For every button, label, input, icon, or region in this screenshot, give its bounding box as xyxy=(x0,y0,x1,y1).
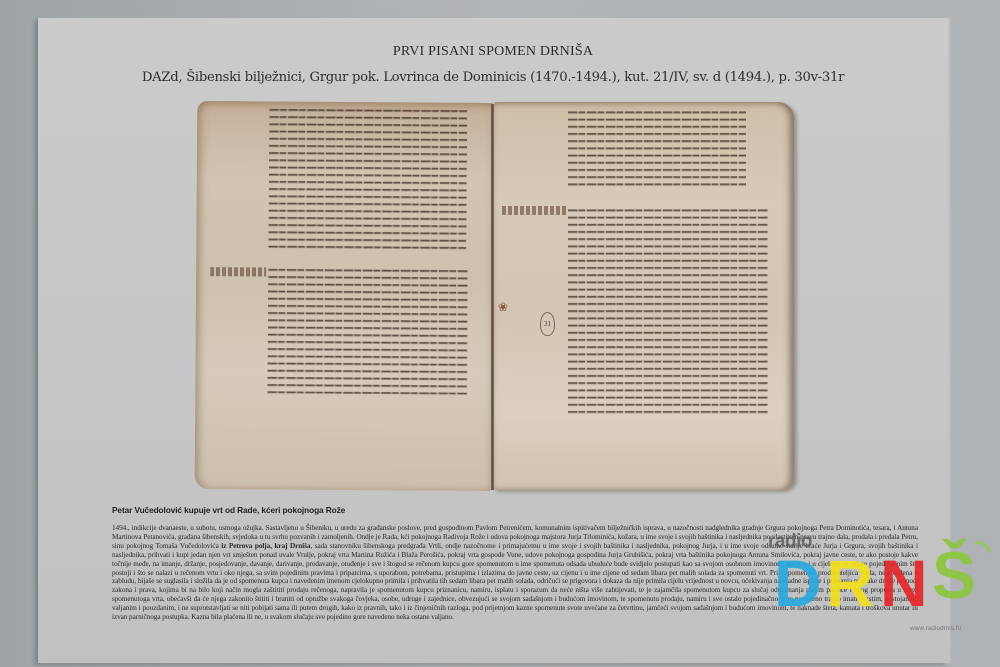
handwriting-block xyxy=(568,110,746,186)
handwriting-block xyxy=(267,267,468,394)
knot-mark-icon: ❀ xyxy=(498,300,508,314)
handwriting-block xyxy=(268,107,467,250)
folio-number: 31 xyxy=(540,312,555,336)
handwriting-block xyxy=(568,208,768,414)
caption-heading: Petar Vučedolović kupuje vrt od Rade, kć… xyxy=(112,505,345,515)
manuscript-page-left xyxy=(195,101,494,491)
board-title: PRVI PISANI SPOMEN DRNIŠA xyxy=(38,44,948,60)
archive-reference: DAZd, Šibenski bilježnici, Grgur pok. Lo… xyxy=(38,70,948,85)
margin-note xyxy=(502,206,566,215)
logo-url: www.radiodrnis.hr xyxy=(910,625,962,632)
exhibition-board: PRVI PISANI SPOMEN DRNIŠA DAZd, Šibenski… xyxy=(38,18,948,663)
signal-icon xyxy=(975,539,991,555)
translation-text-part: , sada stanovniku šibenskoga predgrađa V… xyxy=(112,542,918,621)
manuscript-photo: ❀ 31 xyxy=(196,102,796,494)
translation-text: 1494., indikcije dvanaeste, u subotu, os… xyxy=(112,524,918,622)
manuscript-page-right xyxy=(494,102,794,490)
margin-note xyxy=(210,267,266,276)
logo-letter-s: Š xyxy=(932,542,976,608)
highlighted-place: iz Petrova polja, kraj Drniša xyxy=(221,542,310,550)
